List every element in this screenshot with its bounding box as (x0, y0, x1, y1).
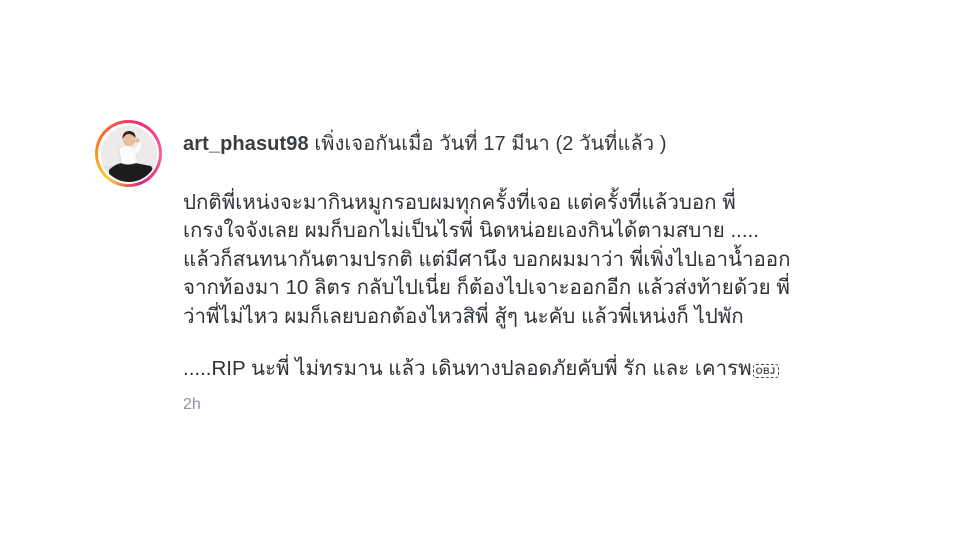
object-replacement-icon: OBJ (753, 364, 779, 378)
closing-line: .....RIP นะพี่ ไม่ทรมาน แล้ว เดินทางปลอด… (183, 355, 813, 383)
story-ring[interactable] (95, 120, 162, 187)
body-line: ปกติพี่เหน่งจะมากินหมูกรอบผมทุกครั้งที่เ… (183, 189, 813, 217)
avatar-ring-gap (98, 123, 159, 184)
avatar[interactable] (101, 126, 157, 182)
post-header-text: เพิ่งเจอกันเมื่อ วันที่ 17 มีนา (2 วันที… (309, 133, 667, 155)
body-line: ว่าพี่ไม่ไหว ผมก็เลยบอกต้องไหวสิพี่ สู้ๆ… (183, 303, 813, 331)
comment-content: art_phasut98 เพิ่งเจอกันเมื่อ วันที่ 17 … (183, 130, 813, 414)
closing-text: .....RIP นะพี่ ไม่ทรมาน แล้ว เดินทางปลอด… (183, 357, 752, 380)
body-line: จากท้องมา 10 ลิตร กลับไปเนี่ย ก็ต้องไปเจ… (183, 274, 813, 302)
comment-header: art_phasut98 เพิ่งเจอกันเมื่อ วันที่ 17 … (183, 130, 813, 158)
username-link[interactable]: art_phasut98 (183, 133, 309, 155)
comment-body: ปกติพี่เหน่งจะมากินหมูกรอบผมทุกครั้งที่เ… (183, 189, 813, 331)
body-line: แล้วก็สนทนากันตามปรกติ แต่มีศานึง บอกผมม… (183, 246, 813, 274)
comment-screen: art_phasut98 เพิ่งเจอกันเมื่อ วันที่ 17 … (0, 0, 960, 540)
profile-photo-illustration (101, 126, 157, 182)
timestamp: 2h (183, 396, 813, 414)
body-line: เกรงใจจังเลย ผมก็บอกไม่เป็นไรพี่ นิดหน่อ… (183, 217, 813, 245)
